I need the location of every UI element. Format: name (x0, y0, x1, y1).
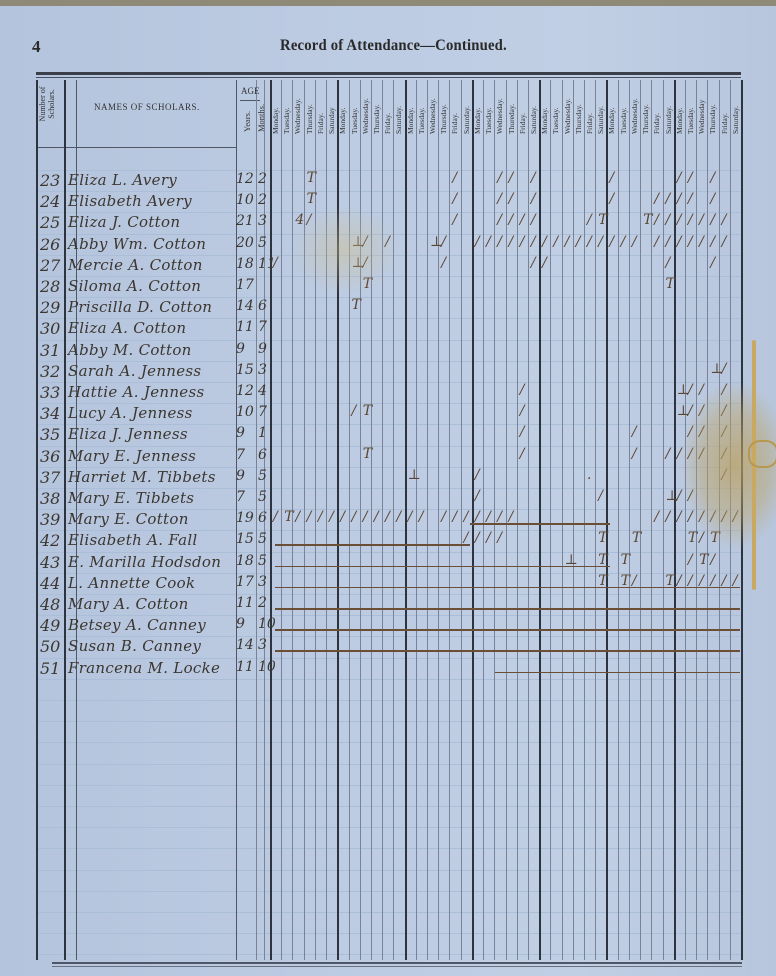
scholar-number: 49 (40, 616, 60, 635)
present-mark: / (520, 424, 525, 440)
present-mark: / (688, 234, 693, 250)
age-months: 3 (258, 213, 267, 229)
scholar-row: 24Elisabeth Avery102 (36, 192, 266, 212)
day-header: Tuesday. (350, 107, 359, 134)
present-mark: / (609, 191, 614, 207)
present-mark: / (710, 234, 715, 250)
tardy-mark: T (363, 446, 372, 462)
scholar-number: 34 (40, 404, 60, 423)
present-mark: / (722, 361, 727, 377)
scholar-row: 23Eliza L. Avery122 (36, 171, 266, 191)
day-header: Wednesday. (361, 98, 370, 134)
grid-column-line (382, 80, 383, 960)
present-mark: / (654, 234, 659, 250)
present-mark: / (352, 509, 357, 525)
strike-line (275, 608, 740, 610)
water-stain (290, 205, 400, 295)
ruled-line (36, 954, 741, 955)
present-mark: / (632, 424, 637, 440)
present-mark: / (520, 212, 525, 228)
scholar-name: Abby M. Cotton (68, 341, 192, 359)
day-header: Monday. (540, 108, 549, 134)
present-mark: / (688, 382, 693, 398)
scholar-name: Francena M. Locke (68, 659, 220, 677)
strike-line (275, 544, 470, 546)
grid-column-line (528, 80, 529, 960)
scholar-name: Sarah A. Jenness (68, 362, 201, 380)
scholar-number: 31 (40, 341, 60, 360)
scholar-name: Eliza J. Jenness (68, 425, 188, 443)
present-mark: / (565, 234, 570, 250)
present-mark: / (509, 234, 514, 250)
scholar-name: Susan B. Canney (68, 637, 201, 655)
day-header: Thursday. (641, 104, 650, 134)
scholar-number: 30 (40, 319, 60, 338)
day-header: Saturday. (394, 106, 403, 134)
page-title: Record of Attendance—Continued. (280, 37, 507, 55)
scholar-row: 50Susan B. Canney143 (36, 637, 266, 657)
scholar-number: 25 (40, 213, 60, 232)
present-mark: / (352, 403, 357, 419)
day-header: Friday. (383, 113, 392, 134)
day-header: Tuesday. (484, 107, 493, 134)
present-mark: / (654, 509, 659, 525)
grid-column-line (494, 80, 495, 960)
day-header: Thursday. (574, 104, 583, 134)
grid-column-line (393, 80, 394, 960)
scholar-row: 39Mary E. Cotton196 (36, 510, 266, 530)
grid-column-line (584, 80, 585, 960)
strike-line (610, 587, 740, 589)
day-header: Thursday. (708, 104, 717, 134)
scholar-row: 51Francena M. Locke1110 (36, 659, 266, 679)
scholar-row: 38Mary E. Tibbets75 (36, 489, 266, 509)
present-mark: / (520, 446, 525, 462)
scholar-name: Mary E. Tibbets (68, 489, 194, 507)
present-mark: / (531, 212, 536, 228)
scholar-name: Siloma A. Cotton (68, 277, 201, 295)
ruled-line (36, 742, 741, 743)
scholar-row: 48Mary A. Cotton112 (36, 595, 266, 615)
present-mark: / (677, 509, 682, 525)
scholar-number: 43 (40, 553, 60, 572)
present-mark: / (710, 255, 715, 271)
present-mark: / (587, 212, 592, 228)
present-mark: / (688, 191, 693, 207)
present-mark: / (677, 212, 682, 228)
grid-column-line (281, 80, 282, 960)
tardy-mark: T (352, 297, 361, 313)
present-mark: / (710, 212, 715, 228)
years-header: Years. (242, 111, 252, 132)
day-header: Wednesday. (630, 98, 639, 134)
age-months: 4 (258, 383, 267, 399)
day-header: Thureday. (507, 104, 516, 134)
scholar-number: 24 (40, 192, 60, 211)
age-years: 11 (236, 595, 254, 611)
present-mark: / (497, 170, 502, 186)
scholar-row: 35Eliza J. Jenness91 (36, 425, 266, 445)
scholar-number: 38 (40, 489, 60, 508)
grid-column-line (506, 80, 507, 960)
day-header: Thursday. (439, 104, 448, 134)
day-header: Wednesday. (293, 98, 302, 134)
present-mark: / (273, 509, 278, 525)
scholar-name: Lucy A. Jenness (68, 404, 193, 422)
ruled-line (36, 891, 741, 892)
tardy-mark: T (598, 530, 607, 546)
scholar-row: 43E. Marilla Hodsdon185 (36, 553, 266, 573)
scholar-row: 37Harriet M. Tibbets95 (36, 468, 266, 488)
scholar-name: Elisabeth Avery (68, 192, 192, 210)
age-years: 9 (236, 468, 245, 484)
scholar-row: 27Mercie A. Cotton1811 (36, 256, 266, 276)
header-rule-thin (36, 77, 741, 78)
scholar-row: 29Priscilla D. Cotton146 (36, 298, 266, 318)
present-mark: / (531, 234, 536, 250)
present-mark: / (340, 509, 345, 525)
grid-column-line (438, 80, 439, 960)
present-mark: / (520, 403, 525, 419)
present-mark: / (666, 191, 671, 207)
present-mark: / (609, 234, 614, 250)
age-years: 9 (236, 341, 245, 357)
age-months: 7 (258, 319, 267, 335)
scholar-number: 32 (40, 362, 60, 381)
age-header: AGE (241, 86, 260, 96)
binding-knot (748, 440, 776, 468)
tardy-mark: T (643, 212, 652, 228)
present-mark: / (587, 234, 592, 250)
age-years: 7 (236, 489, 245, 505)
scholar-number: 39 (40, 510, 60, 529)
day-header: Tuesday. (417, 107, 426, 134)
scholar-name: L. Annette Cook (68, 574, 195, 592)
scholar-row: 28Siloma A. Cotton17 (36, 277, 266, 297)
present-mark: / (710, 170, 715, 186)
age-months: 3 (258, 574, 267, 590)
day-header: Monday. (473, 108, 482, 134)
present-mark: / (542, 255, 547, 271)
scholar-number: 48 (40, 595, 60, 614)
present-mark: / (497, 234, 502, 250)
day-header: Monday. (607, 108, 616, 134)
age-years: 9 (236, 425, 245, 441)
age-months: 2 (258, 595, 267, 611)
present-mark: / (452, 212, 457, 228)
grid-column-line (461, 80, 462, 960)
present-mark: / (520, 382, 525, 398)
tardy-mark: T (699, 552, 708, 568)
dismissed-mark: ⊥ (408, 467, 421, 483)
scholar-row: 30Eliza A. Cotton117 (36, 319, 266, 339)
tardy-mark: T (621, 552, 630, 568)
age-months: 9 (258, 341, 267, 357)
present-mark: / (509, 191, 514, 207)
age-months: 10 (258, 659, 276, 675)
scholar-number: 35 (40, 425, 60, 444)
page-number: 4 (32, 37, 41, 57)
age-years: 14 (236, 637, 254, 653)
present-mark: / (710, 191, 715, 207)
age-years: 11 (236, 659, 254, 675)
footer-rule (52, 962, 742, 964)
tardy-mark: T (284, 509, 293, 525)
grid-column-line (685, 80, 686, 960)
present-mark: / (329, 509, 334, 525)
day-header: Wednesday. (563, 98, 572, 134)
ruled-line (36, 785, 741, 786)
present-mark: / (677, 191, 682, 207)
present-mark: / (273, 255, 278, 271)
scholar-name: Betsey A. Canney (68, 616, 206, 634)
present-mark: / (688, 212, 693, 228)
grid-column-line (539, 80, 541, 960)
age-months: 5 (258, 235, 267, 251)
age-months: 5 (258, 468, 267, 484)
present-mark: / (452, 509, 457, 525)
scholar-row: 32Sarah A. Jenness153 (36, 362, 266, 382)
grid-column-line (674, 80, 676, 960)
number-column-header: Number of Scholars. (38, 80, 56, 128)
ruled-line (36, 870, 741, 871)
names-column-header: NAMES OF SCHOLARS. (94, 102, 200, 112)
age-months: 2 (258, 192, 267, 208)
scholar-number: 51 (40, 659, 60, 678)
present-mark: / (520, 234, 525, 250)
present-mark: / (722, 212, 727, 228)
tardy-mark: T (307, 170, 316, 186)
strike-line (495, 672, 740, 674)
strike-line (470, 566, 610, 568)
scholar-number: 26 (40, 235, 60, 254)
present-mark: / (441, 255, 446, 271)
present-mark: / (385, 509, 390, 525)
day-header: Wednesday. (428, 98, 437, 134)
present-mark: / (486, 234, 491, 250)
present-mark: / (666, 509, 671, 525)
present-mark: / (475, 530, 480, 546)
present-mark: / (666, 255, 671, 271)
day-header: Saturday. (529, 106, 538, 134)
present-mark: / (654, 212, 659, 228)
strike-line (470, 523, 610, 525)
present-mark: / (318, 509, 323, 525)
day-header: Saturday. (664, 106, 673, 134)
grid-column-line (663, 80, 664, 960)
ruled-line (36, 848, 741, 849)
scholar-row: 25Eliza J. Cotton213 (36, 213, 266, 233)
grid-column-line (472, 80, 474, 960)
present-mark: / (396, 509, 401, 525)
present-mark: / (531, 170, 536, 186)
ruled-line (36, 806, 741, 807)
grid-column-line (640, 80, 641, 960)
day-header: Tuesday. (686, 107, 695, 134)
scholar-name: Priscilla D. Cotton (68, 298, 212, 316)
age-months: 5 (258, 531, 267, 547)
age-years: 21 (236, 213, 254, 229)
present-mark: / (475, 488, 480, 504)
present-mark: / (699, 212, 704, 228)
present-mark: / (475, 467, 480, 483)
ruled-line (36, 721, 741, 722)
grid-column-line (270, 80, 272, 960)
day-header: Saturday. (462, 106, 471, 134)
present-mark: / (677, 488, 682, 504)
present-mark: / (531, 191, 536, 207)
present-mark: / (598, 488, 603, 504)
present-mark: / (722, 234, 727, 250)
scholar-number: 33 (40, 383, 60, 402)
age-underline (240, 100, 260, 101)
grid-column-line (562, 80, 563, 960)
day-header: Tuesday. (619, 107, 628, 134)
age-years: 11 (236, 319, 254, 335)
day-header: Thursday. (372, 104, 381, 134)
ruled-line (36, 933, 741, 934)
present-mark: / (452, 170, 457, 186)
age-months: 3 (258, 362, 267, 378)
scholar-number: 28 (40, 277, 60, 296)
tardy-mark: T (307, 191, 316, 207)
scholar-name: Abby Wm. Cotton (68, 235, 206, 253)
ruled-line (36, 827, 741, 828)
present-mark: / (363, 509, 368, 525)
scholar-number: 44 (40, 574, 60, 593)
age-years: 19 (236, 510, 254, 526)
present-mark: / (632, 446, 637, 462)
day-header: Monday. (675, 108, 684, 134)
grid-column-line (629, 80, 630, 960)
age-years: 17 (236, 574, 254, 590)
grid-column-line (517, 80, 518, 960)
age-months: 6 (258, 447, 267, 463)
scholar-name: Elisabeth A. Fall (68, 531, 198, 549)
day-header: Saturday (327, 107, 336, 134)
footer-rule-thin (52, 966, 742, 967)
scholar-row: 42Elisabeth A. Fall155 (36, 531, 266, 551)
ruled-line (36, 764, 741, 765)
tardy-mark: T (632, 530, 641, 546)
day-header: Friday. (720, 113, 729, 134)
scholar-number: 27 (40, 256, 60, 275)
scholar-number: 50 (40, 637, 60, 656)
present-mark: / (699, 234, 704, 250)
header-underline (36, 147, 236, 148)
day-header: Wednesday (697, 100, 706, 134)
present-mark: / (531, 255, 536, 271)
present-mark: / (497, 530, 502, 546)
scholar-row: 36Mary E. Jenness76 (36, 447, 266, 467)
strike-line (275, 587, 470, 589)
present-mark: / (621, 234, 626, 250)
strike-line (275, 566, 470, 568)
grid-column-line (550, 80, 551, 960)
page-top-edge (0, 0, 776, 6)
present-mark: / (486, 530, 491, 546)
age-years: 18 (236, 256, 254, 272)
present-mark: / (497, 191, 502, 207)
age-years: 12 (236, 383, 254, 399)
scholar-name: Mary E. Jenness (68, 447, 196, 465)
tardy-mark: T (688, 530, 697, 546)
present-mark: / (509, 170, 514, 186)
strike-line (275, 650, 740, 652)
tardy-mark: T (363, 403, 372, 419)
grid-column-line (427, 80, 428, 960)
scholar-row: 31Abby M. Cotton99 (36, 341, 266, 361)
scholar-number: 29 (40, 298, 60, 317)
age-months: 5 (258, 489, 267, 505)
day-header: Friday. (518, 113, 527, 134)
day-header: Wednesday. (495, 98, 504, 134)
age-years: 12 (236, 171, 254, 187)
age-years: 20 (236, 235, 254, 251)
scholar-name: Eliza L. Avery (68, 171, 177, 189)
present-mark: / (542, 234, 547, 250)
age-years: 14 (236, 298, 254, 314)
present-mark: / (553, 234, 558, 250)
scholar-row: 44L. Annette Cook173 (36, 574, 266, 594)
age-months: 5 (258, 553, 267, 569)
tardy-mark: T (598, 212, 607, 228)
present-mark: / (295, 509, 300, 525)
ruled-line (36, 912, 741, 913)
scholar-row: 34Lucy A. Jenness107 (36, 404, 266, 424)
scholar-name: Mary E. Cotton (68, 510, 189, 528)
present-mark: / (374, 509, 379, 525)
age-years: 10 (236, 404, 254, 420)
scholar-name: Eliza J. Cotton (68, 213, 180, 231)
present-mark: / (307, 509, 312, 525)
age-months: 10 (258, 616, 276, 632)
scholar-number: 37 (40, 468, 60, 487)
present-mark: / (688, 552, 693, 568)
present-mark: / (632, 234, 637, 250)
day-header: Friday. (652, 113, 661, 134)
months-header: Months. (256, 104, 266, 132)
scholar-row: 49Betsey A. Canney910 (36, 616, 266, 636)
grid-column-line (449, 80, 450, 960)
grid-column-line (618, 80, 619, 960)
scholar-number: 42 (40, 531, 60, 550)
age-years: 15 (236, 362, 254, 378)
present-mark: / (666, 234, 671, 250)
age-years: 15 (236, 531, 254, 547)
ruled-line (36, 700, 741, 701)
present-mark: / (408, 509, 413, 525)
present-mark: / (419, 509, 424, 525)
present-mark: . (587, 467, 591, 483)
day-header: Friday. (316, 113, 325, 134)
present-mark: / (464, 509, 469, 525)
ledger-page: 4 Record of Attendance—Continued. Number… (0, 0, 776, 976)
present-mark: / (666, 446, 671, 462)
day-header: Tuesday. (282, 107, 291, 134)
present-mark: / (688, 170, 693, 186)
present-mark: / (497, 212, 502, 228)
tardy-mark: T (666, 276, 675, 292)
age-months: 2 (258, 171, 267, 187)
day-header: Friday. (585, 113, 594, 134)
age-months: 3 (258, 637, 267, 653)
grid-column-line (416, 80, 417, 960)
present-mark: / (452, 191, 457, 207)
scholar-name: Harriet M. Tibbets (68, 468, 216, 486)
age-months: 1 (258, 425, 267, 441)
strike-line (275, 629, 740, 631)
